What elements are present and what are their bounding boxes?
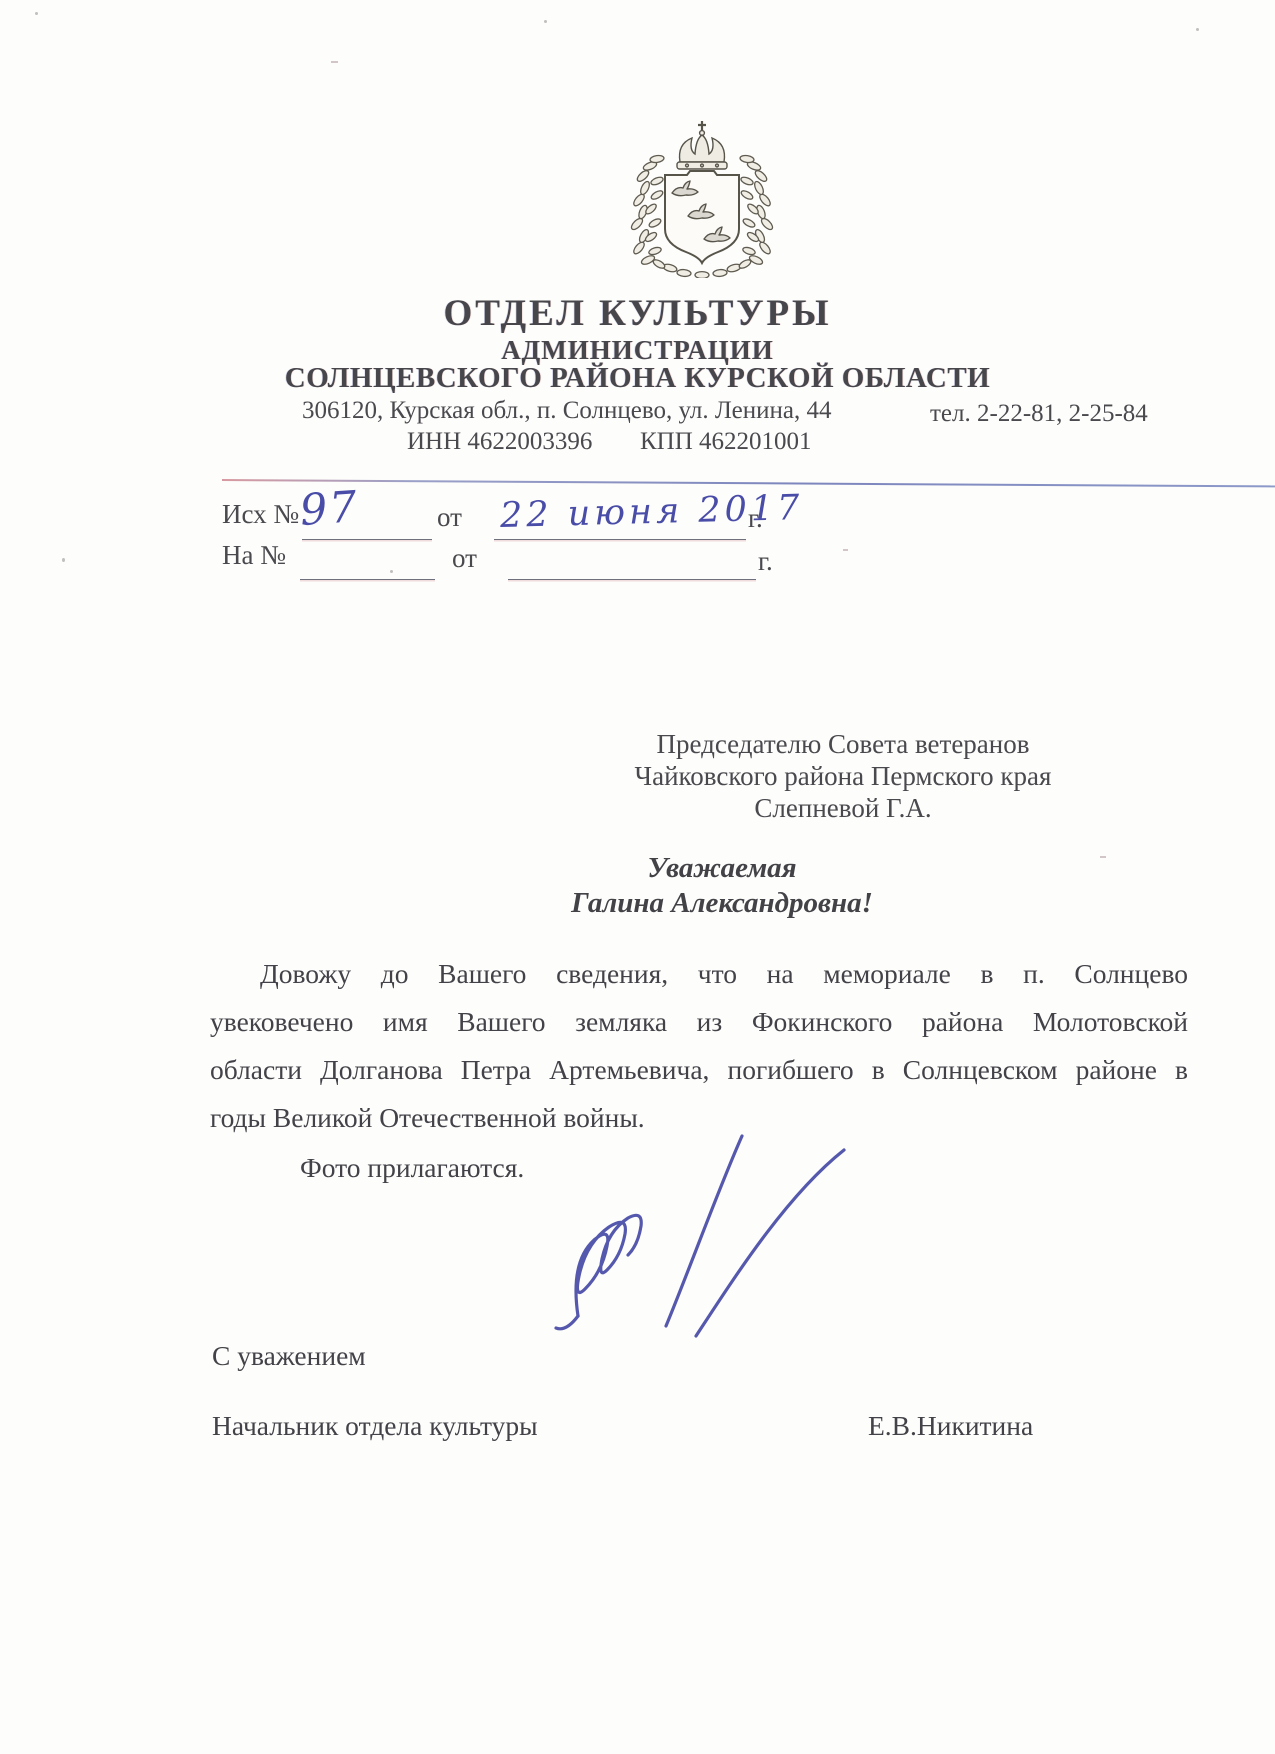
outgoing-from-label: от [437,502,462,533]
kursk-oblast-coat-of-arms [612,118,792,278]
org-postal-address: 306120, Курская обл., п. Солнцево, ул. Л… [302,397,832,425]
signer-position-title: Начальник отдела культуры [212,1410,538,1442]
salutation-line: Уважаемая [522,851,922,886]
outgoing-number-label: Исх № [222,499,299,530]
incoming-number-blank [300,543,435,580]
body-text-line: Довожу до Вашего сведения, что на мемори… [260,958,1188,990]
org-department-title: ОТДЕЛ КУЛЬТУРЫ [0,292,1275,335]
body-text-line: области Долганова Петра Артемьевича, пог… [210,1054,1188,1086]
handwritten-outgoing-date: 22 июня 2017 [500,488,804,536]
addressee-line: Слепневой Г.А. [633,792,1053,824]
body-text-line: увековечено имя Вашего земляка из Фокинс… [210,1006,1188,1038]
scan-speck [390,570,393,573]
coat-of-arms-icon [612,118,792,278]
org-inn: ИНН 4622003396 [407,428,592,456]
scan-speck [843,549,848,551]
addressee-line: Чайковского района Пермского края [633,760,1053,792]
scanned-letter-page: ОТДЕЛ КУЛЬТУРЫ АДМИНИСТРАЦИИ СОЛНЦЕВСКОГ… [0,0,1275,1754]
org-kpp: КПП 462201001 [640,428,812,456]
addressee-line: Председателю Совета ветеранов [633,728,1053,760]
salutation: Уважаемая Галина Александровна! [522,851,922,921]
salutation-line: Галина Александровна! [522,886,922,921]
handwritten-outgoing-number: 97 [298,482,360,536]
scan-speck [1100,856,1106,858]
closing-phrase: С уважением [212,1340,366,1372]
signature-icon [550,1128,860,1343]
scan-speck [62,558,65,562]
addressee-block: Председателю Совета ветеранов Чайковског… [633,728,1053,824]
handwritten-signature [550,1128,860,1343]
scan-speck [544,20,547,23]
letterhead-divider-line [222,479,1275,487]
incoming-year-suffix: г. [758,546,773,577]
crown-shape [677,121,727,169]
incoming-number-label: На № [222,540,286,571]
attachment-note: Фото прилагаются. [300,1152,524,1184]
org-region-line: СОЛНЦЕВСКОГО РАЙОНА КУРСКОЙ ОБЛАСТИ [0,362,1275,395]
scan-speck [1196,28,1199,31]
org-phone: тел. 2-22-81, 2-25-84 [930,400,1148,428]
signer-name: Е.В.Никитина [868,1410,1033,1442]
scan-speck [35,12,38,15]
incoming-date-blank [508,543,756,580]
incoming-from-label: от [452,543,477,574]
scan-speck [331,61,338,63]
